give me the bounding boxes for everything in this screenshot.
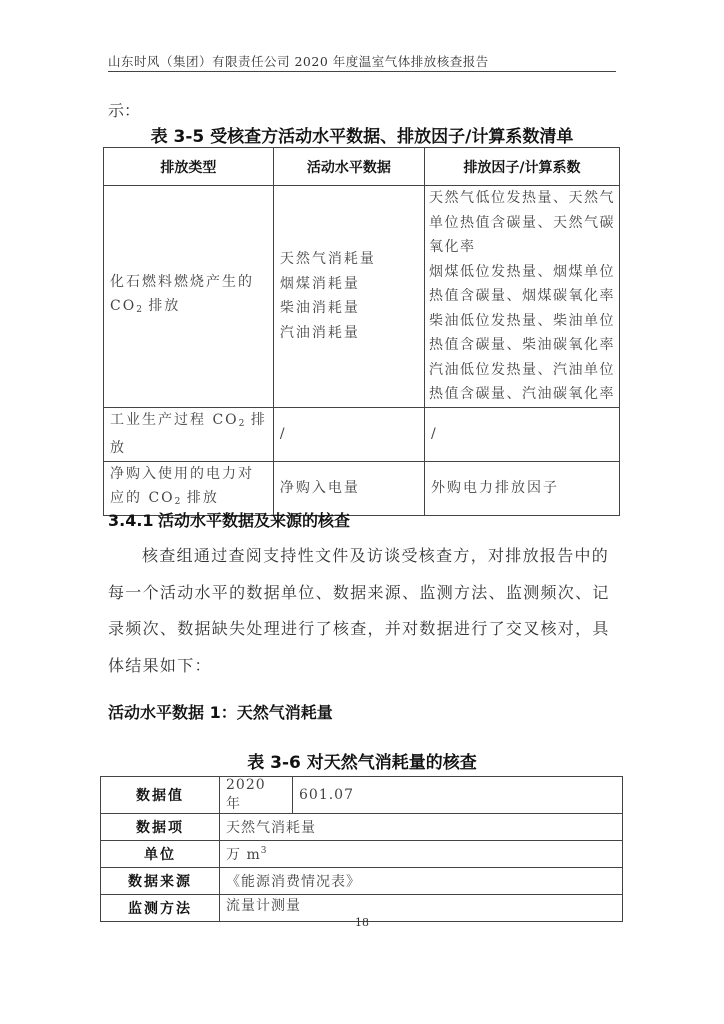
table-row: 数据来源 《能源消费情况表》 <box>101 868 623 895</box>
table-3-6-caption: 表 3-6 对天然气消耗量的核查 <box>0 748 724 773</box>
running-header: 山东时风（集团）有限责任公司 2020 年度温室气体排放核查报告 <box>108 52 616 70</box>
emission-factor-cell: / <box>425 407 620 461</box>
table-3-5: 排放类型 活动水平数据 排放因子/计算系数 化石燃料燃烧产生的 CO2 排放 天… <box>103 147 620 516</box>
section-title: 活动水平数据及来源的核查 <box>158 511 350 530</box>
header-emission-type: 排放类型 <box>104 148 274 186</box>
table-row: 化石燃料燃烧产生的 CO2 排放 天然气消耗量 烟煤消耗量 柴油消耗量 汽油消耗… <box>104 186 620 408</box>
row-label: 数据值 <box>101 777 220 814</box>
header-emission-factor: 排放因子/计算系数 <box>425 148 620 186</box>
emission-factor-cell: 外购电力排放因子 <box>425 461 620 515</box>
table-row: 工业生产过程 CO2 排 放 / / <box>104 407 620 461</box>
value-cell: 天然气消耗量 <box>220 814 623 841</box>
activity-data-cell: 净购入电量 <box>273 461 424 515</box>
emission-type-cell: 工业生产过程 CO2 排 放 <box>104 407 274 461</box>
sub-heading: 活动水平数据 1：天然气消耗量 <box>108 700 333 723</box>
page-number: 18 <box>0 916 724 929</box>
header-activity-data: 活动水平数据 <box>273 148 424 186</box>
lead-text: 示： <box>108 98 140 121</box>
table-row: 净购入使用的电力对 应的 CO2 排放 净购入电量 外购电力排放因子 <box>104 461 620 515</box>
emission-factor-cell: 天然气低位发热量、天然气 单位热值含碳量、天然气碳 氧化率 烟煤低位发热量、烟煤… <box>425 186 620 408</box>
emission-type-cell: 净购入使用的电力对 应的 CO2 排放 <box>104 461 274 515</box>
emission-type-cell: 化石燃料燃烧产生的 CO2 排放 <box>104 186 274 408</box>
section-number: 3.4.1 <box>108 511 158 530</box>
row-label: 单位 <box>101 841 220 868</box>
header-rule <box>108 71 616 72</box>
table-row: 数据值 2020 年 601.07 <box>101 777 623 814</box>
value-cell: 《能源消费情况表》 <box>220 868 623 895</box>
table-header-row: 排放类型 活动水平数据 排放因子/计算系数 <box>104 148 620 186</box>
table-row: 数据项 天然气消耗量 <box>101 814 623 841</box>
value-cell: 万 m3 <box>220 841 623 868</box>
table-3-6: 数据值 2020 年 601.07 数据项 天然气消耗量 单位 万 m3 数据来… <box>100 776 623 922</box>
row-label: 数据项 <box>101 814 220 841</box>
section-heading: 3.4.1活动水平数据及来源的核查 <box>108 508 350 531</box>
table-3-5-caption: 表 3-5 受核查方活动水平数据、排放因子/计算系数清单 <box>0 122 724 147</box>
row-label: 数据来源 <box>101 868 220 895</box>
activity-data-cell: / <box>273 407 424 461</box>
activity-data-cell: 天然气消耗量 烟煤消耗量 柴油消耗量 汽油消耗量 <box>273 186 424 408</box>
value-cell: 601.07 <box>293 777 623 814</box>
body-paragraph: 核查组通过查阅支持性文件及访谈受核查方，对排放报告中的每一个活动水平的数据单位、… <box>108 538 616 684</box>
table-row: 单位 万 m3 <box>101 841 623 868</box>
year-cell: 2020 年 <box>220 777 293 814</box>
